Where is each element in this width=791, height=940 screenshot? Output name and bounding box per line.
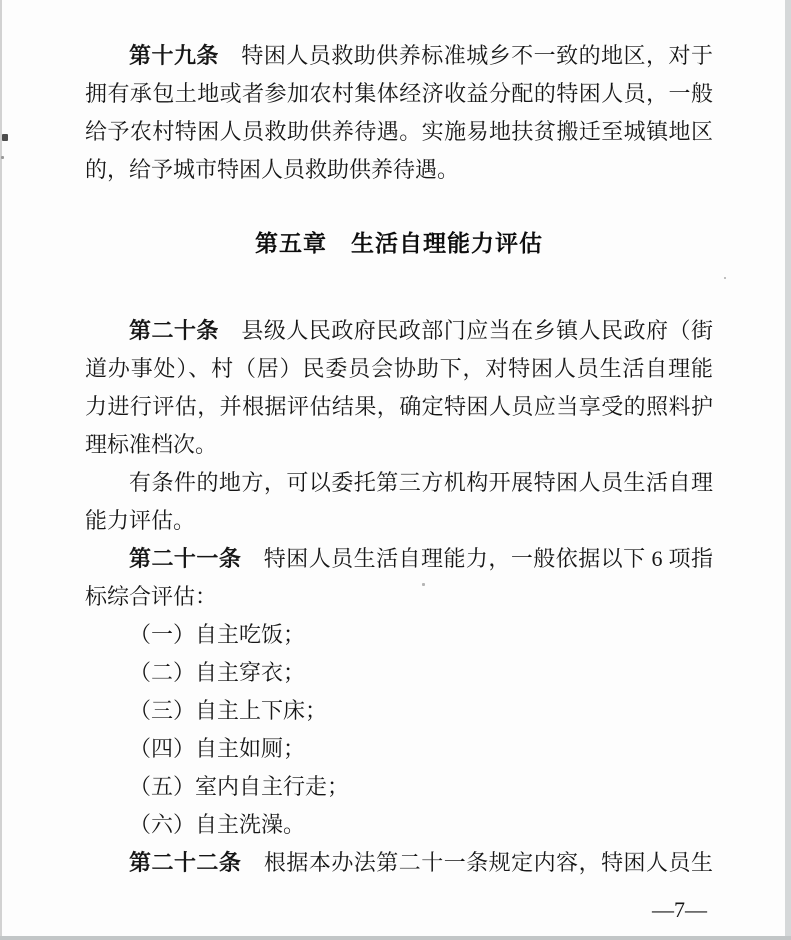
list-item: （五）室内自主行走； <box>85 768 713 806</box>
list-item: （四）自主如厕； <box>85 730 713 768</box>
text-line: 第十九条 特困人员救助供养标准城乡不一致的地区，对于 <box>85 37 713 75</box>
text-line: 能力评估。 <box>85 502 713 540</box>
list-item: （二）自主穿衣； <box>85 654 713 692</box>
text-segment: 理标准档次。 <box>85 432 217 457</box>
scan-artifact <box>1 156 4 159</box>
document-content: 第十九条 特困人员救助供养标准城乡不一致的地区，对于拥有承包土地或者参加农村集体… <box>85 37 713 882</box>
text-line: 第二十条 县级人民政府民政部门应当在乡镇人民政府（街 <box>85 312 713 350</box>
text-line: 第二十一条 特困人员生活自理能力，一般依据以下 6 项指 <box>85 540 713 578</box>
article-number: 第二十二条 <box>129 850 241 875</box>
page-number: —7— <box>652 897 707 923</box>
scan-edge-left <box>0 0 2 940</box>
scanned-document-page: 第十九条 特困人员救助供养标准城乡不一致的地区，对于拥有承包土地或者参加农村集体… <box>0 0 791 940</box>
text-segment: 给予农村特困人员救助供养待遇。实施易地扶贫搬迁至城镇地区 <box>85 119 713 144</box>
text-line: 理标准档次。 <box>85 426 713 464</box>
text-line: 拥有承包土地或者参加农村集体经济收益分配的特困人员，一般 <box>85 75 713 113</box>
scan-edge-right <box>785 0 791 940</box>
text-line: 力进行评估，并根据评估结果，确定特困人员应当享受的照料护 <box>85 388 713 426</box>
self-care-ability-indicators: （一）自主吃饭；（二）自主穿衣；（三）自主上下床；（四）自主如厕；（五）室内自主… <box>85 616 713 844</box>
article-21: 第二十一条 特困人员生活自理能力，一般依据以下 6 项指标综合评估： <box>85 540 713 616</box>
text-segment: 县级人民政府民政部门应当在乡镇人民政府（街 <box>219 318 713 343</box>
text-segment: 道办事处）、村（居）民委员会协助下，对特困人员生活自理能 <box>85 356 713 381</box>
text-line: 第二十二条 根据本办法第二十一条规定内容，特困人员生 <box>85 844 713 882</box>
text-line: 有条件的地方，可以委托第三方机构开展特困人员生活自理 <box>85 464 713 502</box>
article-22: 第二十二条 根据本办法第二十一条规定内容，特困人员生 <box>85 844 713 882</box>
text-segment: 特困人员生活自理能力，一般依据以下 6 项指 <box>241 546 713 571</box>
article-19: 第十九条 特困人员救助供养标准城乡不一致的地区，对于拥有承包土地或者参加农村集体… <box>85 37 713 189</box>
article-number: 第二十一条 <box>129 546 241 571</box>
list-item: （六）自主洗澡。 <box>85 806 713 844</box>
text-segment: 特困人员救助供养标准城乡不一致的地区，对于 <box>219 43 713 68</box>
text-line: 的，给予城市特困人员救助供养待遇。 <box>85 151 713 189</box>
text-line: 道办事处）、村（居）民委员会协助下，对特困人员生活自理能 <box>85 350 713 388</box>
scan-artifact <box>724 277 726 279</box>
text-segment: 力进行评估，并根据评估结果，确定特困人员应当享受的照料护 <box>85 394 713 419</box>
article-20-paragraph-2: 有条件的地方，可以委托第三方机构开展特困人员生活自理能力评估。 <box>85 464 713 540</box>
chapter-5-heading: 第五章 生活自理能力评估 <box>85 224 713 262</box>
list-item: （一）自主吃饭； <box>85 616 713 654</box>
text-segment: 根据本办法第二十一条规定内容，特困人员生 <box>241 850 713 875</box>
text-line: 标综合评估： <box>85 578 713 616</box>
article-number: 第二十条 <box>129 318 219 343</box>
article-number: 第十九条 <box>129 43 219 68</box>
scan-artifact <box>2 134 8 141</box>
text-segment: 标综合评估： <box>85 584 217 609</box>
text-segment: 有条件的地方，可以委托第三方机构开展特困人员生活自理 <box>129 470 713 495</box>
article-20: 第二十条 县级人民政府民政部门应当在乡镇人民政府（街道办事处）、村（居）民委员会… <box>85 312 713 464</box>
text-line: 给予农村特困人员救助供养待遇。实施易地扶贫搬迁至城镇地区 <box>85 113 713 151</box>
text-segment: 的，给予城市特困人员救助供养待遇。 <box>85 157 459 182</box>
text-segment: 能力评估。 <box>85 508 195 533</box>
scan-edge-bottom <box>0 936 791 940</box>
list-item: （三）自主上下床； <box>85 692 713 730</box>
text-segment: 拥有承包土地或者参加农村集体经济收益分配的特困人员，一般 <box>85 81 713 106</box>
